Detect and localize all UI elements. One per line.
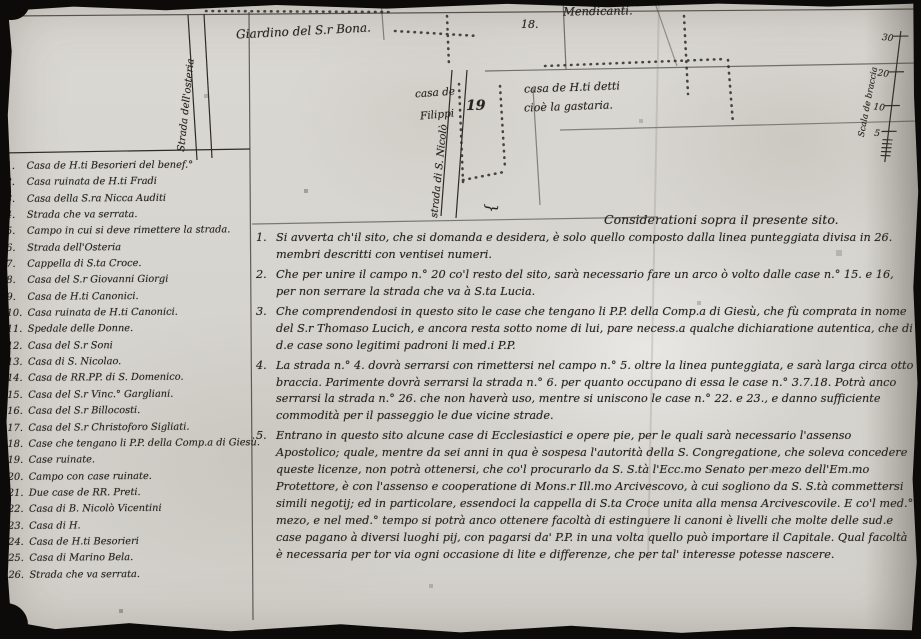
- legend-item: 9. Casa de H.ti Canonici.: [6, 288, 268, 306]
- legend-item-text: Due case de RR. Preti.: [29, 485, 141, 502]
- consideration-item: 4. La strada n.° 4. dovrà serrarsi con r…: [256, 358, 916, 426]
- legend-item-text: Spedale delle Donne.: [28, 321, 134, 338]
- consideration-text: Entrano in questo sito alcune case di Ec…: [276, 428, 916, 564]
- street-label-s-nicolo: strada di S. Nicolò: [429, 124, 450, 218]
- legend-item-number: 15.: [7, 388, 24, 404]
- legend-item-text: Strada che va serrata.: [27, 207, 138, 224]
- legend-item-text: Cappella di S.ta Croce.: [27, 256, 141, 273]
- legend-item-text: Case che tengano li P.P. della Comp.a di…: [28, 435, 260, 453]
- legend-item: 15. Casa del S.r Vinc.° Gargliani.: [7, 386, 269, 404]
- legend-item: 17. Casa del S.r Christoforo Sigliati.: [7, 419, 269, 437]
- legend-item-text: Casa de RR.PP. di S. Domenico.: [28, 370, 184, 387]
- consideration-text: Che comprendendosi in questo sito le cas…: [276, 304, 916, 355]
- legend-item-text: Casa di Marino Bela.: [29, 550, 133, 567]
- consideration-item: 1. Si avverta ch'il sito, che si domanda…: [256, 230, 916, 264]
- legend-item-number: 25.: [8, 551, 25, 567]
- legend-item-text: Casa del S.r Vinc.° Gargliani.: [28, 387, 173, 404]
- consideration-number: 3.: [256, 304, 271, 355]
- legend-item: 6. Strada dell'Osteria: [6, 239, 268, 257]
- legend-item-text: Casa della S.ra Nicca Auditi: [27, 190, 166, 207]
- legend-item-text: Strada che va serrata.: [29, 567, 140, 584]
- legend-item-text: Casa del S.r Soni: [28, 338, 113, 355]
- legend-item: 21. Due case de RR. Preti.: [8, 484, 270, 502]
- legend-item-text: Casa ruinata de H.ti Fradi: [27, 174, 157, 191]
- plot-label-18: 18.: [521, 18, 539, 31]
- consideration-item: 5. Entrano in questo sito alcune case di…: [256, 428, 916, 564]
- legend-item-number: 16.: [7, 404, 24, 420]
- legend-item: 4. Strada che va serrata.: [6, 206, 268, 224]
- consideration-text: La strada n.° 4. dovrà serrarsi con rime…: [276, 358, 916, 426]
- legend-item-number: 14.: [7, 371, 24, 387]
- legend-item: 20. Campo con case ruinate.: [8, 468, 270, 486]
- legend-item: 8. Casa del S.r Giovanni Giorgi: [6, 271, 268, 289]
- legend-item-number: 24.: [8, 535, 25, 551]
- legend-item: 14. Casa de RR.PP. di S. Domenico.: [7, 370, 269, 388]
- legend-item-number: 26.: [8, 567, 25, 583]
- manuscript-scan: Strada dell'osteria strada di S. Nicolò …: [0, 0, 921, 639]
- legend-item-text: Casa de H.ti Besorieri: [29, 534, 139, 551]
- considerations-section: Considerationi sopra il presente sito. 1…: [256, 212, 916, 567]
- legend-item-number: 9.: [6, 290, 23, 306]
- considerations-list: 1. Si avverta ch'il sito, che si domanda…: [256, 230, 916, 564]
- legend-item-number: 19.: [8, 453, 25, 469]
- legend-item: 24. Casa de H.ti Besorieri: [8, 533, 270, 551]
- legend-item-number: 6.: [6, 241, 23, 257]
- legend-item-text: Casa del S.r Billocosti.: [28, 403, 140, 420]
- legend-item: 7. Cappella di S.ta Croce.: [6, 255, 268, 273]
- legend-item-text: Casa di H.: [29, 518, 81, 535]
- consideration-item: 2. Che per unire il campo n.° 20 co'l re…: [256, 267, 916, 301]
- consideration-number: 4.: [256, 358, 271, 426]
- legend-item-number: 8.: [6, 273, 23, 289]
- legend-item-text: Casa de H.ti Canonici.: [27, 289, 138, 306]
- legend-item-number: 23.: [8, 518, 25, 534]
- legend-item-number: 7.: [6, 257, 23, 273]
- legend-item-text: Casa de H.ti Besorieri del benef.°: [27, 158, 194, 176]
- plot-label-19: 19: [466, 98, 485, 114]
- legend-item: 16. Casa del S.r Billocosti.: [7, 402, 269, 420]
- legend-item: 18. Case che tengano li P.P. della Comp.…: [7, 435, 269, 453]
- legend-item: 26. Strada che va serrata.: [8, 566, 270, 584]
- consideration-text: Che per unire il campo n.° 20 co'l resto…: [276, 267, 916, 301]
- legend-item: 10. Casa ruinata de H.ti Canonici.: [7, 304, 269, 322]
- legend-item: 3. Casa della S.ra Nicca Auditi: [6, 190, 268, 208]
- legend-item-text: Casa di S. Nicolao.: [28, 354, 121, 371]
- legend-item-number: 17.: [7, 420, 24, 436]
- legend-item-text: Casa del S.r Giovanni Giorgi: [27, 272, 168, 289]
- legend-item-text: Casa del S.r Christoforo Sigliati.: [28, 419, 189, 436]
- legend-item-number: 18.: [7, 437, 24, 453]
- legend-list: 1. Casa de H.ti Besorieri del benef.° 2.…: [6, 157, 271, 584]
- legend-item: 13. Casa di S. Nicolao.: [7, 353, 269, 371]
- legend-item: 19. Case ruinate.: [8, 451, 270, 469]
- legend-item: 12. Casa del S.r Soni: [7, 337, 269, 355]
- legend-item: 25. Casa di Marino Bela.: [8, 549, 270, 567]
- legend-item: 22. Casa di B. Nicolò Vicentini: [8, 500, 270, 518]
- legend-item: 11. Spedale delle Donne.: [7, 321, 269, 339]
- legend-item: 5. Campo in cui si deve rimettere la str…: [6, 222, 268, 240]
- legend-item-text: Campo in cui si deve rimettere la strada…: [27, 223, 230, 241]
- legend-item-text: Casa di B. Nicolò Vicentini: [29, 501, 162, 518]
- legend-item-text: Strada dell'Osteria: [27, 240, 121, 257]
- consideration-number: 5.: [256, 428, 271, 564]
- consideration-item: 3. Che comprendendosi in questo sito le …: [256, 304, 916, 355]
- legend-item: 2. Casa ruinata de H.ti Fradi: [6, 173, 268, 191]
- legend-item-text: Case ruinate.: [29, 452, 96, 469]
- legend-item-text: Casa ruinata de H.ti Canonici.: [28, 305, 178, 322]
- consideration-number: 1.: [256, 230, 271, 264]
- legend-item-text: Campo con case ruinate.: [29, 468, 152, 485]
- legend-item: 23. Casa di H.: [8, 517, 270, 535]
- legend-item-number: 20.: [8, 469, 25, 485]
- consideration-number: 2.: [256, 267, 271, 301]
- consideration-text: Si avverta ch'il sito, che si domanda e …: [276, 230, 916, 264]
- legend-item: 1. Casa de H.ti Besorieri del benef.°: [6, 157, 268, 175]
- scan-shadow-right: [865, 0, 921, 639]
